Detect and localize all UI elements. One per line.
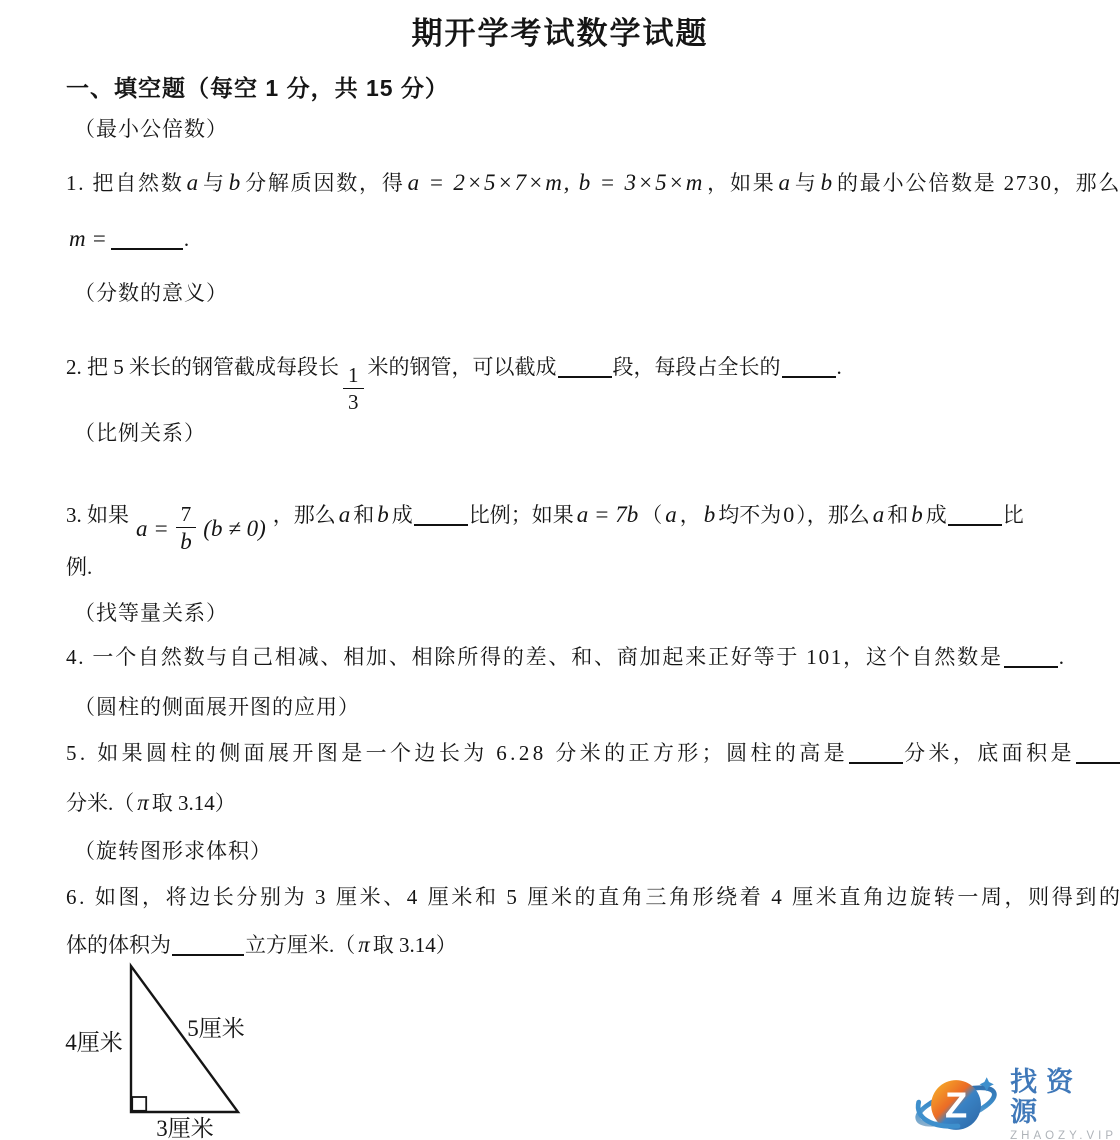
question-number: 1. xyxy=(66,171,85,195)
question-number: 6. xyxy=(66,885,87,909)
fraction: 13 xyxy=(343,364,364,413)
text-run: 把 5 米长的钢管截成每段长 xyxy=(87,355,339,379)
math-var: a xyxy=(662,502,680,527)
exam-document-page: 期开学考试数学试题 一、填空题（每空 1 分，共 15 分） （最小公倍数） 1… xyxy=(0,0,1120,1140)
question-3-line-1: 3. 如果a =7b(b ≠ 0)，那么a和b成比例；如果a = 7b（a，b均… xyxy=(66,498,1024,554)
answer-blank xyxy=(782,361,836,378)
text-run: . xyxy=(837,355,842,379)
question-number: 5. xyxy=(66,741,89,765)
question-5-line-1: 5. 如果圆柱的侧面展开图是一个边长为 6.28 分米的正方形；圆柱的高是分米，… xyxy=(66,738,1120,768)
watermark-texts: 找资源 ZHAOZY.VIP xyxy=(1010,1068,1117,1140)
math-num: 0 xyxy=(781,502,796,527)
question-3-line-2: 例. xyxy=(66,552,92,582)
question-number: 2. xyxy=(66,355,82,379)
answer-blank xyxy=(948,509,1002,526)
question-1-line-2: m =. xyxy=(66,222,189,255)
math-var: m = xyxy=(66,226,110,251)
topic-tag-cylinder-net: （圆柱的侧面展开图的应用） xyxy=(74,692,360,722)
pi-symbol: π xyxy=(134,790,152,815)
math-var: b xyxy=(908,502,926,527)
text-run: 与 xyxy=(795,171,818,195)
zhaozy-logo-icon: Z xyxy=(912,1072,1000,1138)
question-2-line-1: 2. 把 5 米长的钢管截成每段长13米的钢管，可以截成段，每段占全长的. xyxy=(66,352,842,413)
topic-tag-proportion: （比例关系） xyxy=(74,418,206,448)
page-title: 期开学考试数学试题 xyxy=(0,8,1120,53)
watermark-site: ZHAOZY.VIP xyxy=(1010,1130,1117,1140)
text-run: 分米.（ xyxy=(66,791,134,815)
math-var: a xyxy=(184,170,203,195)
label-horizontal-leg: 3厘米 xyxy=(156,1116,214,1140)
answer-blank xyxy=(172,939,244,956)
text-run: 和 xyxy=(353,503,374,527)
right-angle-marker xyxy=(132,1097,146,1111)
text-run: 分米，底面积是 xyxy=(904,741,1075,765)
logo-letter: Z xyxy=(945,1084,967,1125)
text-run: ，如果 xyxy=(707,171,775,195)
topic-tag-equal-relation: （找等量关系） xyxy=(74,598,228,628)
text-run: ），那么 xyxy=(796,503,870,527)
question-1-line-1: 1. 把自然数a与b分解质因数，得a = 2×5×7×m, b = 3×5×m，… xyxy=(66,166,1120,199)
pi-symbol: π xyxy=(355,932,373,957)
fraction-denominator: b xyxy=(180,528,192,554)
topic-tag-fraction-meaning: （分数的意义） xyxy=(74,278,228,308)
question-number: 3. xyxy=(66,503,82,527)
text-run: （ xyxy=(641,503,662,527)
text-run: 米的钢管，可以截成 xyxy=(368,355,557,379)
text-run: 分解质因数，得 xyxy=(245,171,405,195)
answer-blank xyxy=(414,509,468,526)
label-vertical-leg: 4厘米 xyxy=(65,1030,123,1055)
question-5-line-2: 分米.（π取 3.14） xyxy=(66,786,236,819)
right-triangle-figure: 4厘米 5厘米 3厘米 xyxy=(55,956,325,1140)
text-run: 均不为 xyxy=(718,503,781,527)
text-run: . xyxy=(1059,645,1066,669)
question-6-line-1: 6. 如图，将边长分别为 3 厘米、4 厘米和 5 厘米的直角三角形绕着 4 厘… xyxy=(66,882,1120,912)
text-run: 立方厘米.（ xyxy=(245,933,355,957)
math-var: a xyxy=(336,502,354,527)
question-4-line-1: 4. 一个自然数与自己相减、相加、相除所得的差、和、商加起来正好等于 101，这… xyxy=(66,642,1066,672)
math-formula: a = 7b xyxy=(574,502,642,527)
question-number: 4. xyxy=(66,645,85,669)
math-formula-block: a =7b(b ≠ 0) xyxy=(133,503,269,554)
text-run: 取 3.14） xyxy=(152,791,236,815)
answer-blank xyxy=(111,233,183,250)
text-run: 段，每段占全长的 xyxy=(613,355,781,379)
math-formula: a = 2×5×7×m, b = 3×5×m xyxy=(405,170,707,195)
text-run: 体的体积为 xyxy=(66,933,171,957)
text-run: 的最小公倍数是 2730，那么 xyxy=(837,171,1120,195)
text-run: 如果圆柱的侧面展开图是一个边长为 6.28 分米的正方形；圆柱的高是 xyxy=(97,741,848,765)
text-run: 和 xyxy=(887,503,908,527)
watermark: Z 找资源 ZHAOZY.VIP xyxy=(912,1070,1117,1140)
label-hypotenuse: 5厘米 xyxy=(187,1016,245,1041)
math-var: b xyxy=(226,170,245,195)
answer-blank xyxy=(1076,747,1120,764)
text-run: ，那么 xyxy=(273,503,336,527)
answer-blank xyxy=(1004,651,1058,668)
math-run: a = xyxy=(133,512,172,545)
text-run: 如果 xyxy=(87,503,129,527)
math-var: a xyxy=(870,502,888,527)
text-run: 取 3.14） xyxy=(373,933,457,957)
fraction-numerator: 1 xyxy=(343,364,364,389)
math-var: b xyxy=(818,170,837,195)
text-run: 比 xyxy=(1003,503,1024,527)
math-var: b xyxy=(374,502,392,527)
fraction-denominator: 3 xyxy=(348,389,359,413)
answer-blank xyxy=(558,361,612,378)
text-run: 一个自然数与自己相减、相加、相除所得的差、和、商加起来正好等于 101，这个自然… xyxy=(92,645,1002,669)
topic-tag-lcm: （最小公倍数） xyxy=(74,114,228,144)
math-run: (b ≠ 0) xyxy=(200,512,268,545)
text-run: 成 xyxy=(392,503,413,527)
fraction-numerator: 7 xyxy=(176,503,197,528)
text-run: 如图，将边长分别为 3 厘米、4 厘米和 5 厘米的直角三角形绕着 4 厘米直角… xyxy=(95,885,1120,909)
text-run: 比例；如果 xyxy=(469,503,574,527)
text-run: 成 xyxy=(926,503,947,527)
answer-blank xyxy=(849,747,903,764)
watermark-brand: 找资源 xyxy=(1010,1068,1117,1127)
math-var: b xyxy=(701,502,719,527)
text-run: ， xyxy=(680,503,701,527)
math-var: a xyxy=(776,170,795,195)
section-header: 一、填空题（每空 1 分，共 15 分） xyxy=(66,70,449,103)
text-run: . xyxy=(184,227,189,251)
fraction: 7b xyxy=(176,503,197,554)
text-run: 把自然数 xyxy=(92,171,183,195)
text-run: 与 xyxy=(203,171,226,195)
topic-tag-rotation-volume: （旋转图形求体积） xyxy=(74,836,272,866)
